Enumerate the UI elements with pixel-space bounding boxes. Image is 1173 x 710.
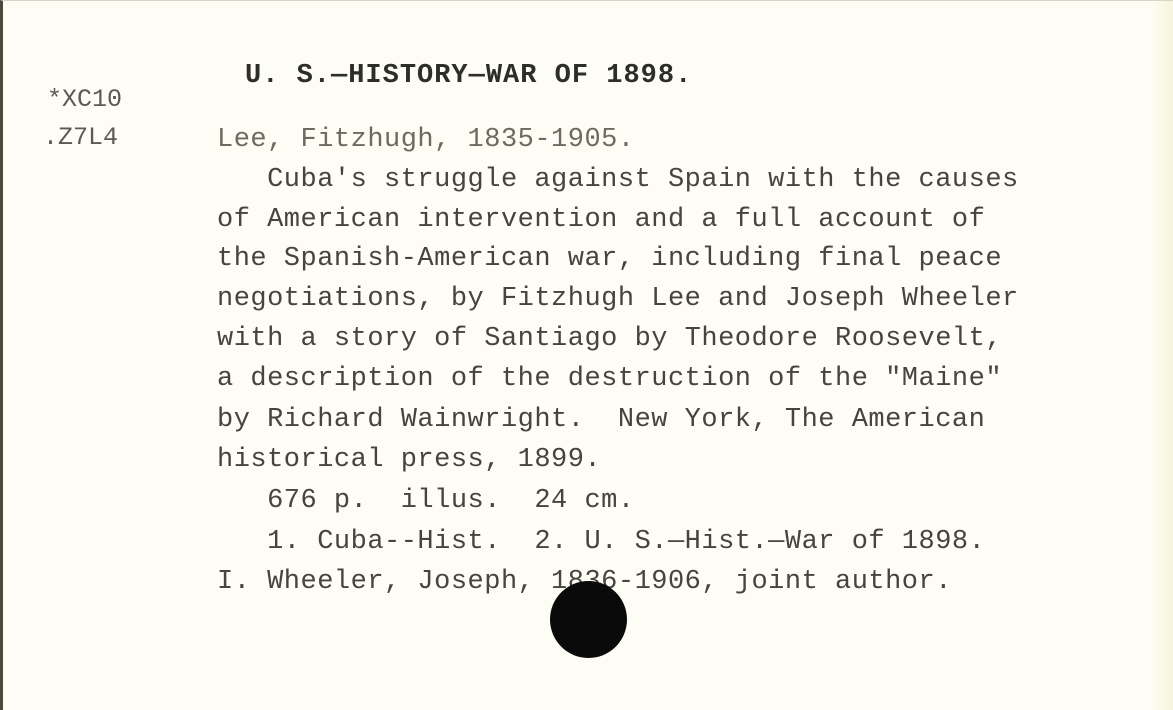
call-number-line-1: *XC10 [47,81,122,119]
catalog-card: *XC10 .Z7L4 U. S.—HISTORY—WAR OF 1898. L… [0,0,1173,710]
title-line: with a story of Santiago by Theodore Roo… [217,324,1002,354]
title-line: Cuba's struggle against Spain with the c… [217,165,1019,195]
punch-hole [550,581,627,658]
title-line: of American intervention and a full acco… [217,205,985,235]
main-entry: Lee, Fitzhugh, 1835-1905. [217,125,635,155]
card-edge [1151,1,1173,710]
collation: 676 p. illus. 24 cm. [217,486,635,516]
title-line: a description of the destruction of the … [217,364,1002,394]
tracing-line: 1. Cuba--Hist. 2. U. S.—Hist.—War of 189… [217,527,985,557]
title-line: negotiations, by Fitzhugh Lee and Joseph… [217,284,1019,314]
title-line: the Spanish-American war, including fina… [217,244,1002,274]
imprint-line: historical press, 1899. [217,445,601,475]
subject-heading: U. S.—HISTORY—WAR OF 1898. [245,61,692,91]
title-line: by Richard Wainwright. New York, The Ame… [217,405,985,435]
call-number-line-2: .Z7L4 [43,119,118,157]
